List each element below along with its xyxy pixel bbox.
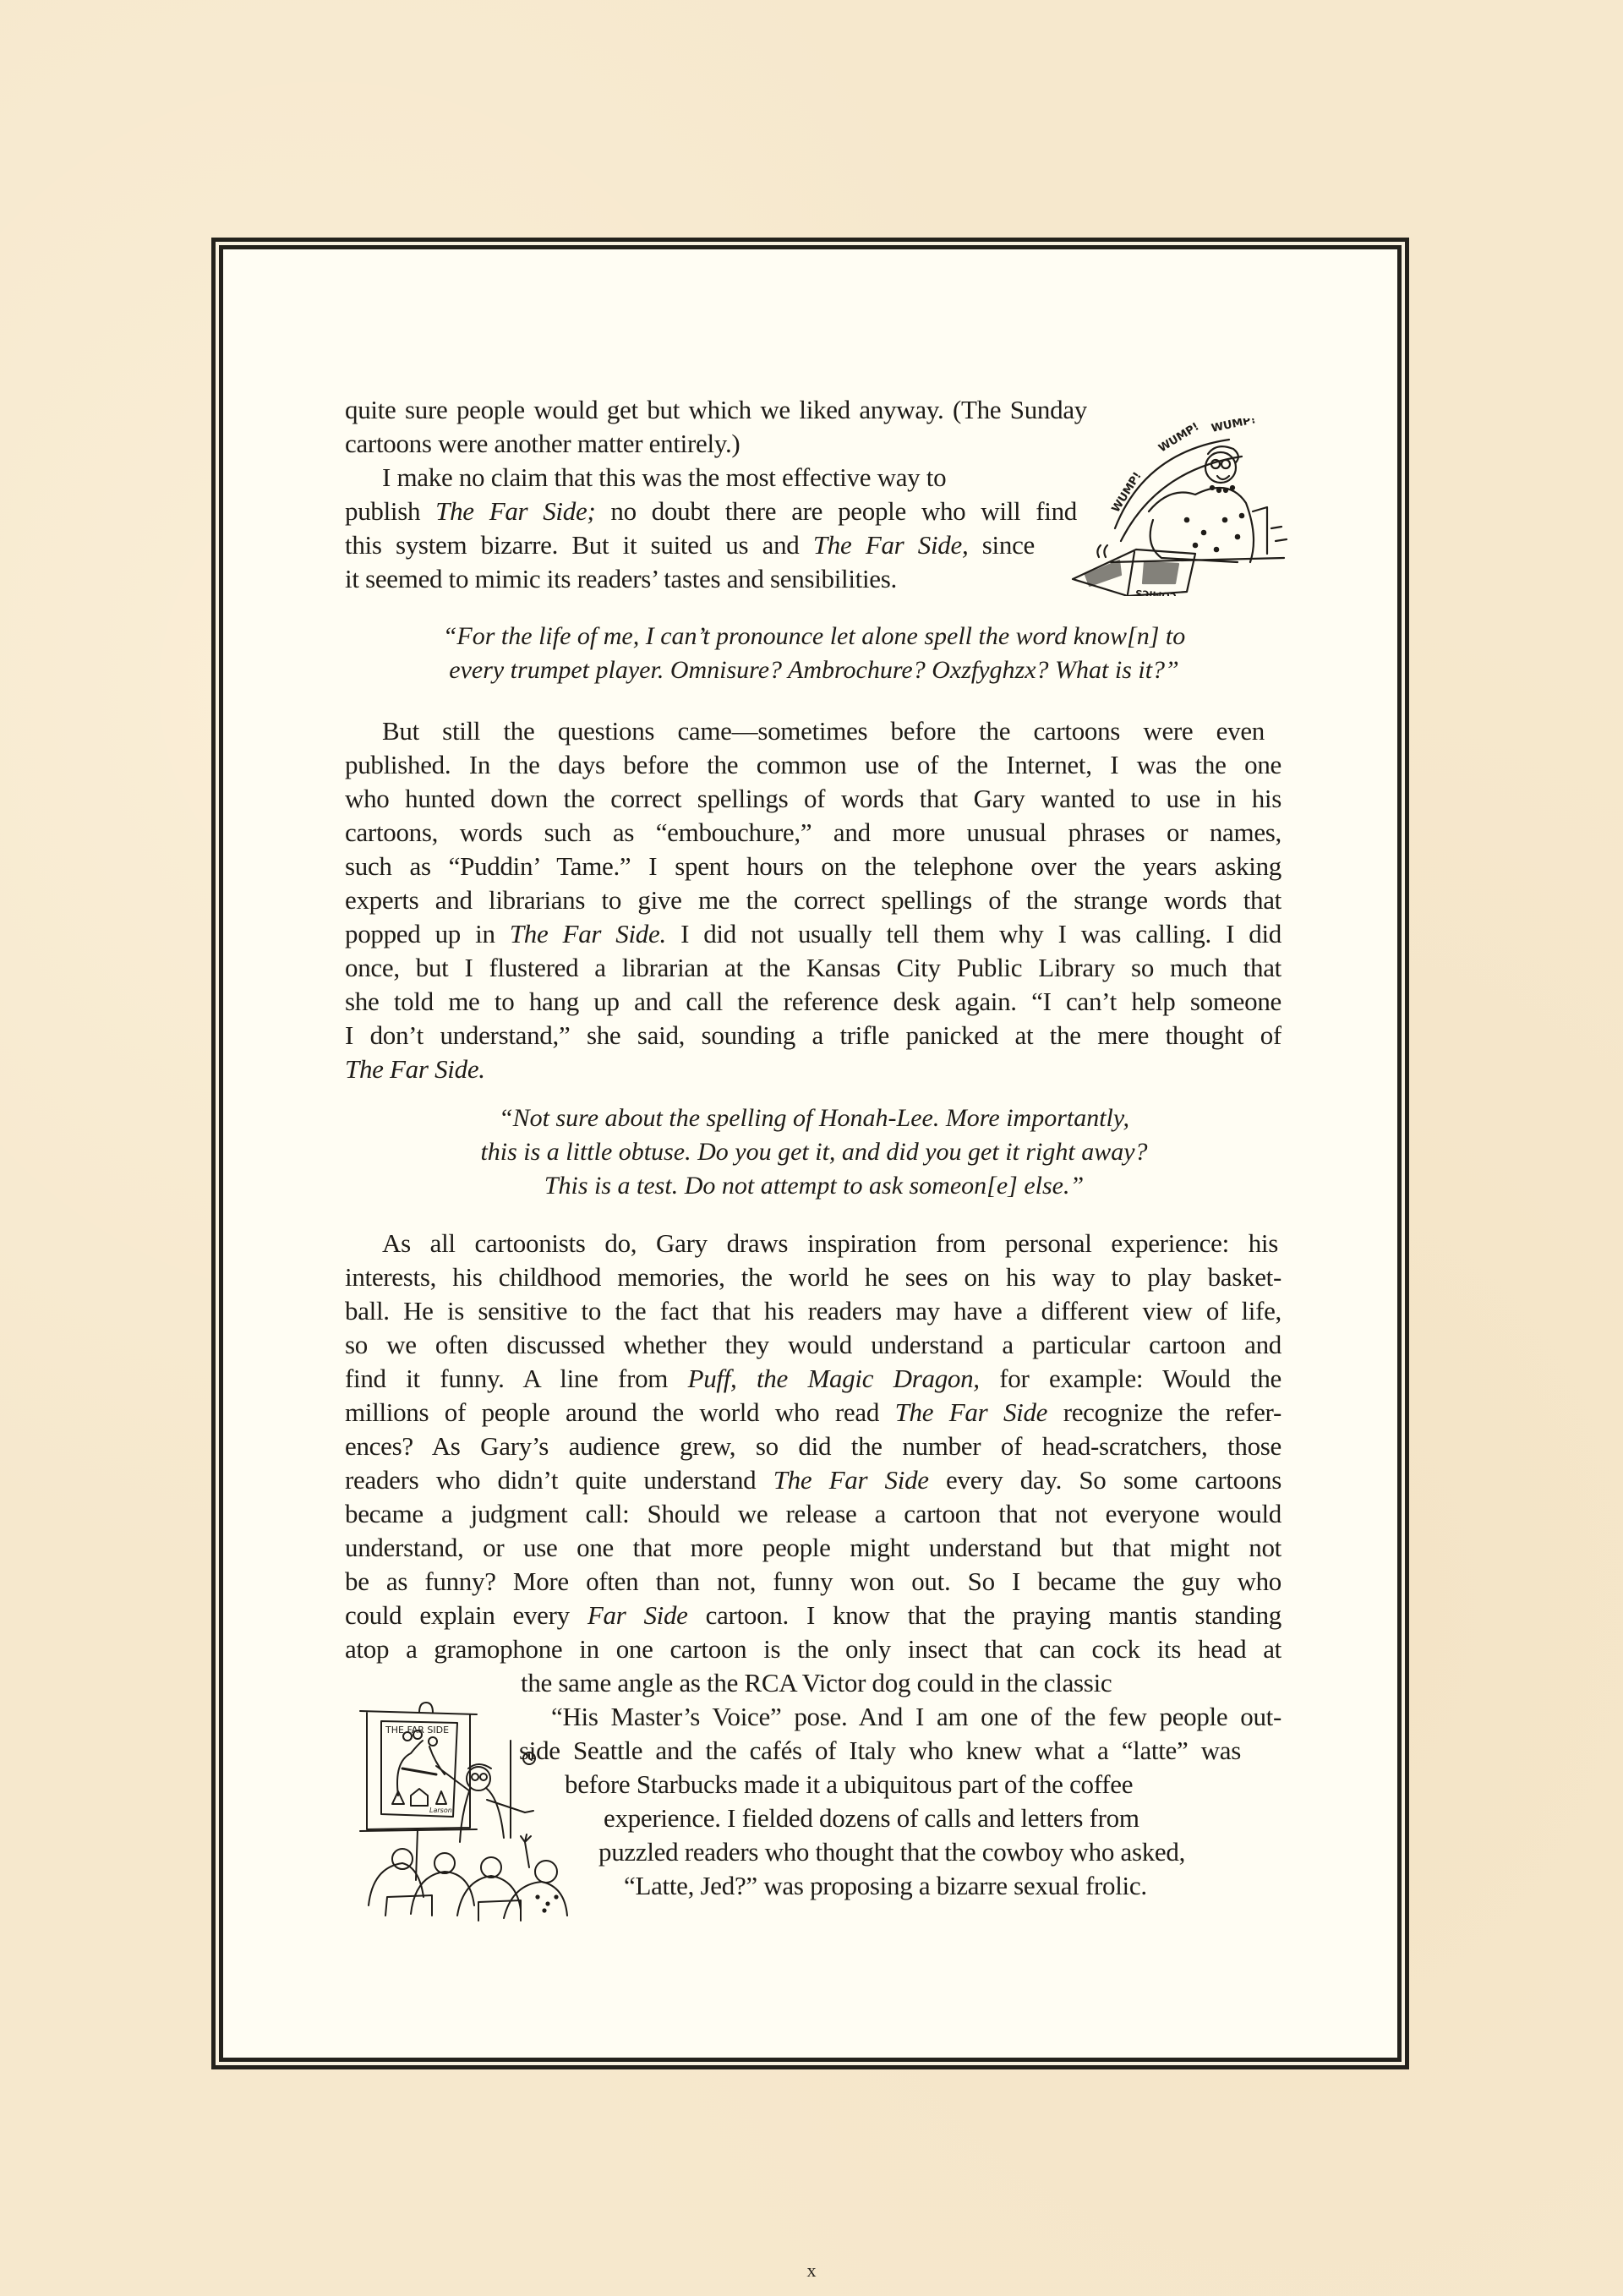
newspaper-label: COMICS — [1135, 588, 1178, 596]
sound-effect-2: WUMP! — [1156, 420, 1201, 455]
text-line: could explain every Far Side cartoon. I … — [345, 1599, 1281, 1632]
sound-effect-1: WUMP! — [1110, 470, 1145, 515]
text-line: became a judgment call: Should we releas… — [345, 1497, 1281, 1531]
text-line: “His Master’s Voice” pose. And I am one … — [551, 1700, 1281, 1734]
pull-quote-line: “Not sure about the spelling of Honah-Le… — [345, 1102, 1283, 1135]
text-line: As all cartoonists do, Gary draws inspir… — [382, 1227, 1278, 1260]
page-number: x — [0, 2260, 1623, 2282]
text-line: cartoons were another matter entirely.) — [345, 427, 740, 461]
page-border-outer: quite sure people would get but which we… — [211, 238, 1409, 2069]
text-line: ences? As Gary’s audience grew, so did t… — [345, 1430, 1281, 1463]
text-line: ball. He is sensitive to the fact that h… — [345, 1294, 1281, 1328]
pull-quote-line: this is a little obtuse. Do you get it, … — [345, 1135, 1283, 1169]
text-line: side Seattle and the cafés of Italy who … — [519, 1734, 1241, 1768]
text-line: I don’t understand,” she said, sounding … — [345, 1019, 1281, 1052]
sound-effect-3: WUMP! — [1210, 418, 1257, 435]
text-line: she told me to hang up and call the refe… — [345, 985, 1281, 1019]
text-line: before Starbucks made it a ubiquitous pa… — [565, 1768, 1133, 1801]
text-line: be as funny? More often than not, funny … — [345, 1565, 1281, 1599]
text-line: it seemed to mimic its readers’ tastes a… — [345, 562, 897, 596]
text-line: readers who didn’t quite understand The … — [345, 1463, 1281, 1497]
pull-quote-line: This is a test. Do not attempt to ask so… — [345, 1169, 1283, 1203]
text-line: find it funny. A line from Puff, the Mag… — [345, 1362, 1281, 1396]
text-line: who hunted down the correct spellings of… — [345, 782, 1281, 816]
page-panel: quite sure people would get but which we… — [219, 245, 1402, 2062]
text-line: The Far Side. — [345, 1052, 485, 1086]
text-line: quite sure people would get but which we… — [345, 393, 1087, 427]
text-line: so we often discussed whether they would… — [345, 1328, 1281, 1362]
text-line: I make no claim that this was the most e… — [382, 461, 946, 495]
text-line: interests, his childhood memories, the w… — [345, 1260, 1281, 1294]
text-line: But still the questions came—sometimes b… — [382, 714, 1265, 748]
text-line: experience. I fielded dozens of calls an… — [604, 1801, 1139, 1835]
text-line: popped up in The Far Side. I did not usu… — [345, 917, 1281, 951]
text-line: millions of people around the world who … — [345, 1396, 1281, 1430]
text-line: the same angle as the RCA Victor dog cou… — [521, 1666, 1112, 1700]
lecture-cartoon-icon: THE FAR SIDE Larson — [352, 1694, 580, 1922]
pull-quote-line: “For the life of me, I can’t pronounce l… — [345, 620, 1283, 653]
text-line: experts and librarians to give me the co… — [345, 883, 1281, 917]
text-line: cartoons, words such as “embouchure,” an… — [345, 816, 1281, 850]
text-line: understand, or use one that more people … — [345, 1531, 1281, 1565]
text-line: puzzled readers who thought that the cow… — [598, 1835, 1185, 1869]
text-line: this system bizarre. But it suited us an… — [345, 528, 1035, 562]
text-line: publish The Far Side; no doubt there are… — [345, 495, 1077, 528]
poster-title: THE FAR SIDE — [385, 1725, 449, 1736]
text-line: published. In the days before the common… — [345, 748, 1281, 782]
comics-reader-cartoon-icon: WUMP! WUMP! WUMP! COMICS — [1068, 418, 1297, 596]
pull-quote-line: every trumpet player. Omnisure? Ambrochu… — [345, 653, 1283, 687]
text-line: once, but I flustered a librarian at the… — [345, 951, 1281, 985]
text-line: “Latte, Jed?” was proposing a bizarre se… — [624, 1869, 1147, 1903]
text-line: such as “Puddin’ Tame.” I spent hours on… — [345, 850, 1281, 883]
poster-signature: Larson — [429, 1807, 452, 1814]
text-line: atop a gramophone in one cartoon is the … — [345, 1632, 1281, 1666]
